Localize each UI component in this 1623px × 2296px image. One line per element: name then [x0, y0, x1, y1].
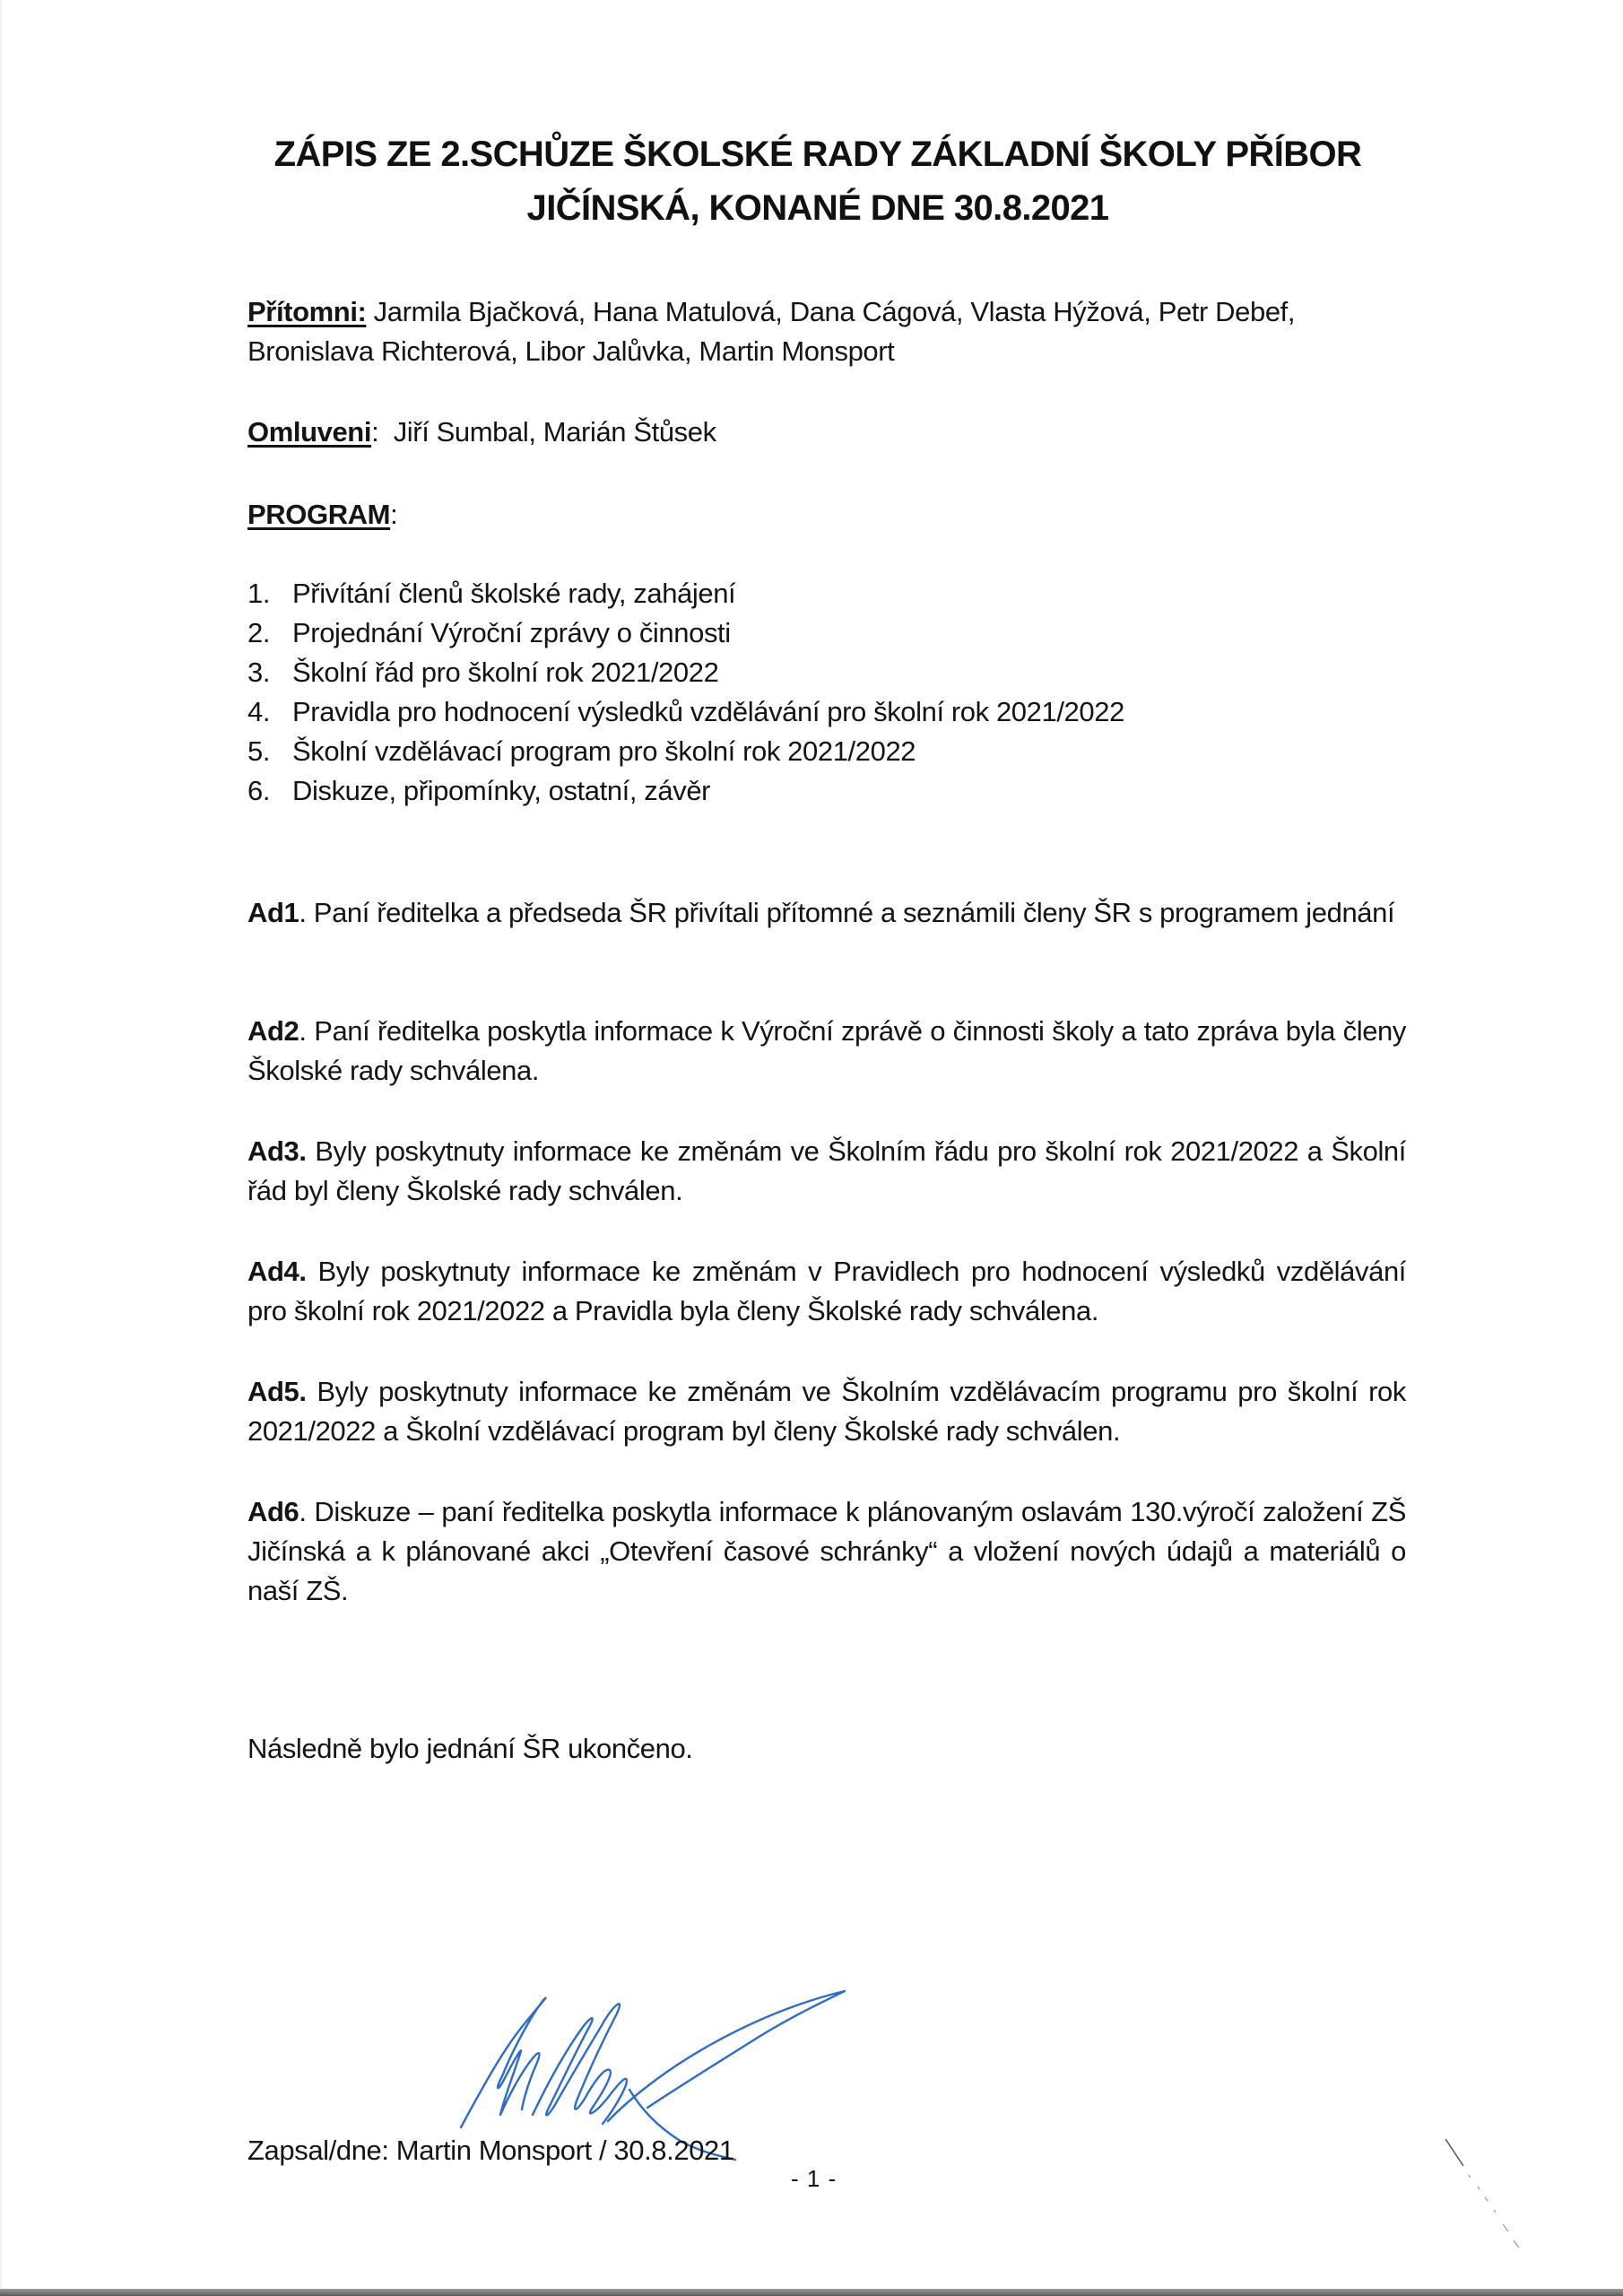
excused-section: Omluveni: Jiří Sumbal, Marián Štůsek — [247, 413, 1406, 452]
ad-item-6: Ad6. Diskuze – paní ředitelka poskytla i… — [247, 1492, 1406, 1611]
program-colon: : — [390, 499, 397, 530]
scan-artifact-line — [1436, 2135, 1544, 2278]
ad-item-2: Ad2. Paní ředitelka poskytla informace k… — [247, 1012, 1406, 1091]
ad-item-3: Ad3. Byly poskytnuty informace ke změnám… — [247, 1132, 1406, 1211]
scan-bottom-edge — [0, 2289, 1623, 2296]
title-line-2: JIČÍNSKÁ, KONANÉ DNE 30.8.2021 — [226, 181, 1410, 235]
program-list: 1.Přivítání členů školské rady, zahájení… — [247, 574, 1124, 811]
program-item: 6.Diskuze, připomínky, ostatní, závěr — [247, 771, 1124, 811]
program-item: 2.Projednání Výroční zprávy o činnosti — [247, 613, 1124, 653]
present-section: Přítomni: Jarmila Bjačková, Hana Matulov… — [247, 292, 1406, 371]
program-item: 1.Přivítání členů školské rady, zahájení — [247, 574, 1124, 613]
program-item: 5.Školní vzdělávací program pro školní r… — [247, 732, 1124, 771]
program-item: 3.Školní řád pro školní rok 2021/2022 — [247, 653, 1124, 692]
closing-statement: Následně bylo jednání ŠR ukončeno. — [247, 1729, 1406, 1769]
title-line-1: ZÁPIS ZE 2.SCHŮZE ŠKOLSKÉ RADY ZÁKLADNÍ … — [226, 127, 1410, 181]
document-page: ZÁPIS ZE 2.SCHŮZE ŠKOLSKÉ RADY ZÁKLADNÍ … — [0, 0, 1623, 2289]
present-label: Přítomni: — [247, 296, 366, 327]
excused-label: Omluveni — [247, 416, 371, 448]
excused-names: Jiří Sumbal, Marián Štůsek — [378, 416, 716, 448]
document-title: ZÁPIS ZE 2.SCHŮZE ŠKOLSKÉ RADY ZÁKLADNÍ … — [226, 127, 1410, 235]
ad-item-1: Ad1. Paní ředitelka a předseda ŠR přivít… — [247, 893, 1406, 933]
page-number: - 1 - — [791, 2165, 837, 2193]
ad-item-4: Ad4. Byly poskytnuty informace ke změnám… — [247, 1252, 1406, 1331]
ad-item-5: Ad5. Byly poskytnuty informace ke změnám… — [247, 1372, 1406, 1451]
program-heading: PROGRAM: — [247, 495, 1406, 535]
present-names-line2: Bronislava Richterová, Libor Jalůvka, Ma… — [247, 332, 1406, 371]
present-names-line1: Jarmila Bjačková, Hana Matulová, Dana Cá… — [366, 296, 1295, 327]
program-label: PROGRAM — [247, 499, 390, 530]
program-item: 4.Pravidla pro hodnocení výsledků vzdělá… — [247, 692, 1124, 732]
